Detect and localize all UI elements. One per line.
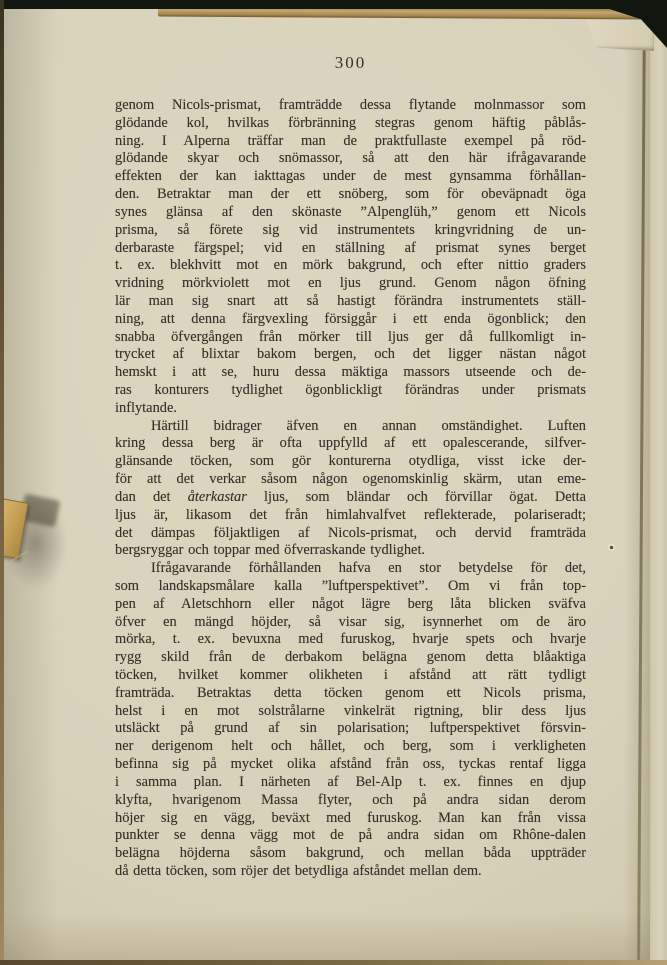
text-line-25: det dämpas följaktligen af Nicols-prisma… xyxy=(115,525,586,543)
scanned-book-page-photo: 300 genom Nicols-prismat, framträdde des… xyxy=(0,0,667,965)
text-line-21: glänsande töcken, som gör konturerna oty… xyxy=(115,453,586,471)
text-line-42: punkter se denna vägg mot de på andra si… xyxy=(115,827,586,845)
text-line-7: synes glänsa af den skönaste ”Alpenglüh,… xyxy=(115,204,586,222)
text-line-39: i samma plan. I närheten af Bel-Alp t. e… xyxy=(115,774,586,792)
text-line-5: effekten der kan iakttagas under de mest… xyxy=(115,168,586,186)
text-line-10: t. ex. blekhvitt mot en mörk bakgrund, o… xyxy=(115,257,586,275)
text-line-6: den. Betraktar man der ett snöberg, som … xyxy=(115,186,586,204)
text-line-14: snabba öfvergången från mörker till ljus… xyxy=(115,329,586,347)
text-line-24: ljus är, likasom det från himlahvalfvet … xyxy=(115,507,586,525)
text-line-35: helst i en mot solstrålarne vinkelrät ri… xyxy=(115,703,586,721)
text-line-43: belägna höjderna såsom bakgrund, och mel… xyxy=(115,845,586,863)
text-line-29: pen af Aletschhorn eller något lägre ber… xyxy=(115,596,586,614)
bottom-page-edge xyxy=(0,960,667,965)
text-line-2: glödande kol, hvilkas förbränning stegra… xyxy=(115,115,586,133)
text-line-15: trycket af blixtar bakom bergen, och det… xyxy=(115,346,586,364)
text-line-28: som landskapsmålare kalla ”luftperspekti… xyxy=(115,578,586,596)
text-line-20: kring dessa berg är ofta uppfylld af ett… xyxy=(115,435,586,453)
text-line-26: bergsryggar och toppar med öfverraskande… xyxy=(115,542,586,560)
paper-speck xyxy=(607,543,616,552)
left-page-edge xyxy=(0,0,4,965)
text-line-11: vridning mörkviolett mot en ljus grund. … xyxy=(115,275,586,293)
text-line-27: Ifrågavarande förhållanden hafva en stor… xyxy=(115,560,586,578)
text-line-23: dan det återkastar ljus, som bländar och… xyxy=(115,489,586,507)
text-line-12: lär man sig snart att så hastigt förändr… xyxy=(115,293,586,311)
text-line-37: ner derigenom helt och hållet, och berg,… xyxy=(115,738,586,756)
text-line-1: genom Nicols-prismat, framträdde dessa f… xyxy=(115,97,586,115)
body-text: genom Nicols-prismat, framträdde dessa f… xyxy=(115,97,586,881)
text-line-41: höjer sig en vägg, beväxt med furuskog. … xyxy=(115,810,586,828)
text-line-16: hemskt i att se, huru dessa mäktiga mass… xyxy=(115,364,586,382)
text-line-4: glödande skyar och snömassor, så att den… xyxy=(115,150,586,168)
text-line-19: Härtill bidrager äfven en annan omständi… xyxy=(115,418,586,436)
text-line-13: ning, att denna färgvexling försiggår i … xyxy=(115,311,586,329)
text-line-32: rygg skild från de derbakom belägna geno… xyxy=(115,649,586,667)
text-line-3: ning. I Alperna träffar man de praktfull… xyxy=(115,133,586,151)
text-line-30: öfver en mängd höjder, så visar sig, isy… xyxy=(115,614,586,632)
text-line-31: mörka, t. ex. bevuxna med furuskog, hvar… xyxy=(115,631,586,649)
text-line-40: klyfta, hvarigenom Massa flyter, och på … xyxy=(115,792,586,810)
text-line-33: töcken, hvilket kommer olikheten i afstå… xyxy=(115,667,586,685)
text-line-34: framträda. Betraktas detta töcken genom … xyxy=(115,685,586,703)
text-line-17: ras konturers tydlighet ögonblickligt fö… xyxy=(115,382,586,400)
text-line-8: prisma, så förete sig vid instrumentets … xyxy=(115,222,586,240)
text-line-44: då detta töcken, som röjer det betydliga… xyxy=(115,863,586,881)
text-line-36: utsläckt på grund af sin polarisation; l… xyxy=(115,720,586,738)
text-line-18: inflytande. xyxy=(115,400,586,418)
text-line-22: för att det verkar såsom någon ogenomski… xyxy=(115,471,586,489)
book-page: 300 genom Nicols-prismat, framträdde des… xyxy=(0,8,650,960)
text-line-38: befinna sig på mycket olika afstånd från… xyxy=(115,756,586,774)
text-line-9: derbaraste färgspel; vid en ställning af… xyxy=(115,240,586,258)
page-number: 300 xyxy=(115,53,586,73)
book-cover-edge xyxy=(0,0,667,9)
